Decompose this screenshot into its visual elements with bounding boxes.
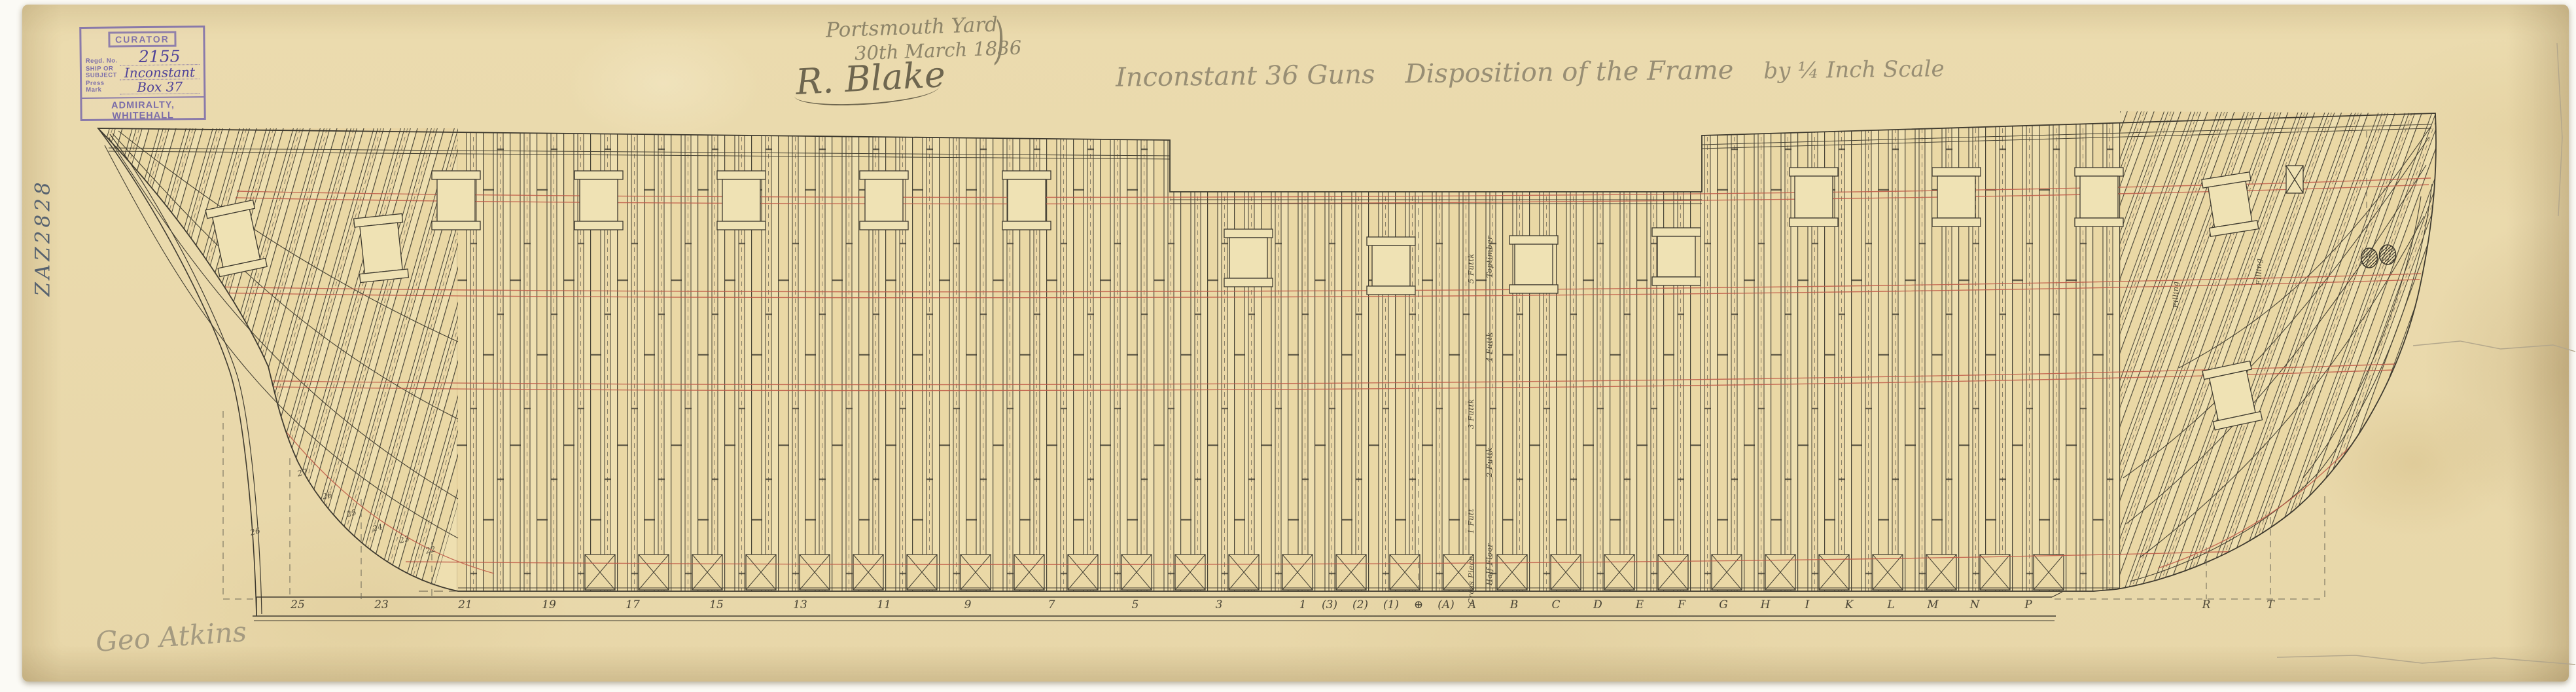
station-label: R: [2202, 598, 2211, 611]
station-label: 11: [877, 598, 891, 611]
square-frames: [457, 111, 2121, 596]
frame-plan-drawing: [0, 0, 2576, 692]
station-label: 23: [374, 598, 389, 611]
admiralty-office-label: ADMIRALTY, WHITEHALL: [82, 96, 203, 124]
stamp-ship-row: SHIP ORSUBJECT Inconstant: [82, 65, 203, 81]
curator-stamp: CURATOR Regd. No. 2155 SHIP ORSUBJECT In…: [79, 26, 205, 121]
station-label: B: [1510, 598, 1519, 611]
archive-mark: ZAZ2828: [12, 143, 75, 333]
station-label: E: [1636, 598, 1644, 611]
station-label: (2): [1352, 598, 1368, 611]
ship-subject-label: SHIP ORSUBJECT: [86, 65, 120, 81]
station-label: I: [1805, 598, 1810, 611]
station-label: 21: [458, 598, 472, 611]
station-label: 13: [793, 598, 807, 611]
station-label: 1: [1299, 598, 1307, 611]
station-label: H: [1761, 598, 1771, 611]
frame-part-label: 4 Futtk: [1485, 332, 1494, 362]
frame-part-label: Toptimber: [1485, 236, 1494, 278]
frame-part-label: Filling: [2254, 259, 2263, 285]
station-label: D: [1593, 598, 1602, 611]
station-label: 25: [291, 598, 305, 611]
hull-body: [0, 79, 2576, 622]
station-label: G: [1719, 598, 1728, 611]
station-label: T: [2267, 598, 2274, 611]
frame-part-label: 3 Futtk: [1466, 399, 1475, 429]
station-label: K: [1845, 598, 1854, 611]
ship-subject-value: Inconstant: [120, 65, 200, 80]
station-label: (1): [1383, 598, 1399, 611]
frame-part-label: Half Floor: [1485, 543, 1494, 585]
station-label: P: [2024, 598, 2032, 611]
stern-chock: [2286, 166, 2303, 193]
regd-no-value: 2155: [120, 48, 200, 65]
station-label: 5: [1132, 598, 1139, 611]
station-label: 15: [709, 598, 724, 611]
station-label: 7: [1048, 598, 1055, 611]
title-subject: Disposition of the Frame: [1405, 55, 1734, 89]
station-label: 19: [542, 598, 556, 611]
station-label: F: [1678, 598, 1685, 611]
scanned-ship-plan: ZAZ2828 CURATOR Regd. No. 2155 SHIP ORSU…: [0, 0, 2576, 692]
station-label: (A): [1438, 598, 1455, 611]
station-label: 17: [626, 598, 640, 611]
stamp-press-row: Press Mark Box 37: [82, 79, 203, 95]
title-ship-name: Inconstant 36 Guns: [1116, 60, 1375, 93]
title-scale: by ¼ Inch Scale: [1763, 56, 1945, 84]
archive-mark-text: ZAZ2828: [31, 179, 55, 296]
frame-part-label: 2 Futtk: [1485, 447, 1494, 477]
frame-part-label: Cross Piece: [1466, 556, 1475, 604]
stamp-regd-row: Regd. No. 2155: [82, 48, 203, 66]
station-label: ⊕: [1414, 598, 1423, 611]
frame-part-label: 5 Futtk: [1466, 253, 1475, 283]
station-label: L: [1887, 598, 1894, 611]
frame-part-label: Filling: [2171, 282, 2180, 308]
press-mark-value: Box 37: [120, 80, 200, 94]
curator-stamp-header: CURATOR: [108, 31, 176, 47]
press-mark-label: Press Mark: [86, 80, 120, 95]
station-label: (3): [1322, 598, 1337, 611]
station-label: C: [1551, 598, 1560, 611]
station-label: N: [1970, 598, 1980, 611]
station-label: 9: [964, 598, 972, 611]
frame-part-label: 1 Futt: [1466, 509, 1475, 534]
station-label: M: [1927, 598, 1938, 611]
station-label: 3: [1216, 598, 1223, 611]
